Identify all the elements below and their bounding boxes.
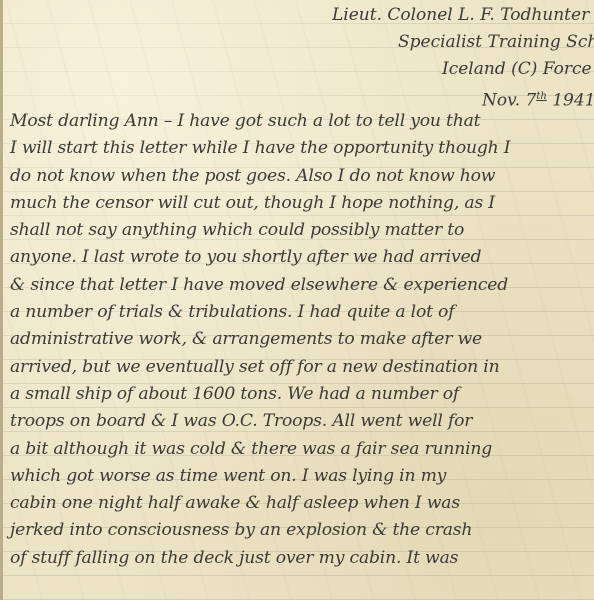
body-line: a bit although it was cold & there was a… (10, 436, 590, 463)
body-line: a small ship of about 1600 tons. We had … (10, 381, 590, 408)
sender-location: Iceland (C) Force (442, 56, 580, 83)
sender-name: Lieut. Colonel L. F. Todhunter (332, 2, 580, 29)
paper-edge (0, 0, 3, 600)
body-line: anyone. I last wrote to you shortly afte… (10, 244, 590, 271)
body-line: cabin one night half awake & half asleep… (10, 490, 590, 517)
body-line: & since that letter I have moved elsewhe… (10, 272, 590, 299)
date-ordinal: th (536, 91, 546, 102)
letter-header: Lieut. Colonel L. F. Todhunter Specialis… (320, 2, 580, 115)
body-line: much the censor will cut out, though I h… (10, 190, 590, 217)
body-line: arrived, but we eventually set off for a… (10, 354, 590, 381)
sender-unit: Specialist Training School (398, 29, 580, 56)
body-line: administrative work, & arrangements to m… (10, 326, 590, 353)
body-line: of stuff falling on the deck just over m… (10, 545, 590, 572)
body-line: troops on board & I was O.C. Troops. All… (10, 408, 590, 435)
letter-body: Most darling Ann – I have got such a lot… (10, 108, 590, 572)
body-line: Most darling Ann – I have got such a lot… (10, 108, 590, 135)
body-line: do not know when the post goes. Also I d… (10, 163, 590, 190)
body-line: which got worse as time went on. I was l… (10, 463, 590, 490)
body-line: shall not say anything which could possi… (10, 217, 590, 244)
body-line: a number of trials & tribulations. I had… (10, 299, 590, 326)
body-line: jerked into consciousness by an explosio… (10, 517, 590, 544)
body-line: I will start this letter while I have th… (10, 135, 590, 162)
letter-page: Lieut. Colonel L. F. Todhunter Specialis… (0, 0, 594, 600)
